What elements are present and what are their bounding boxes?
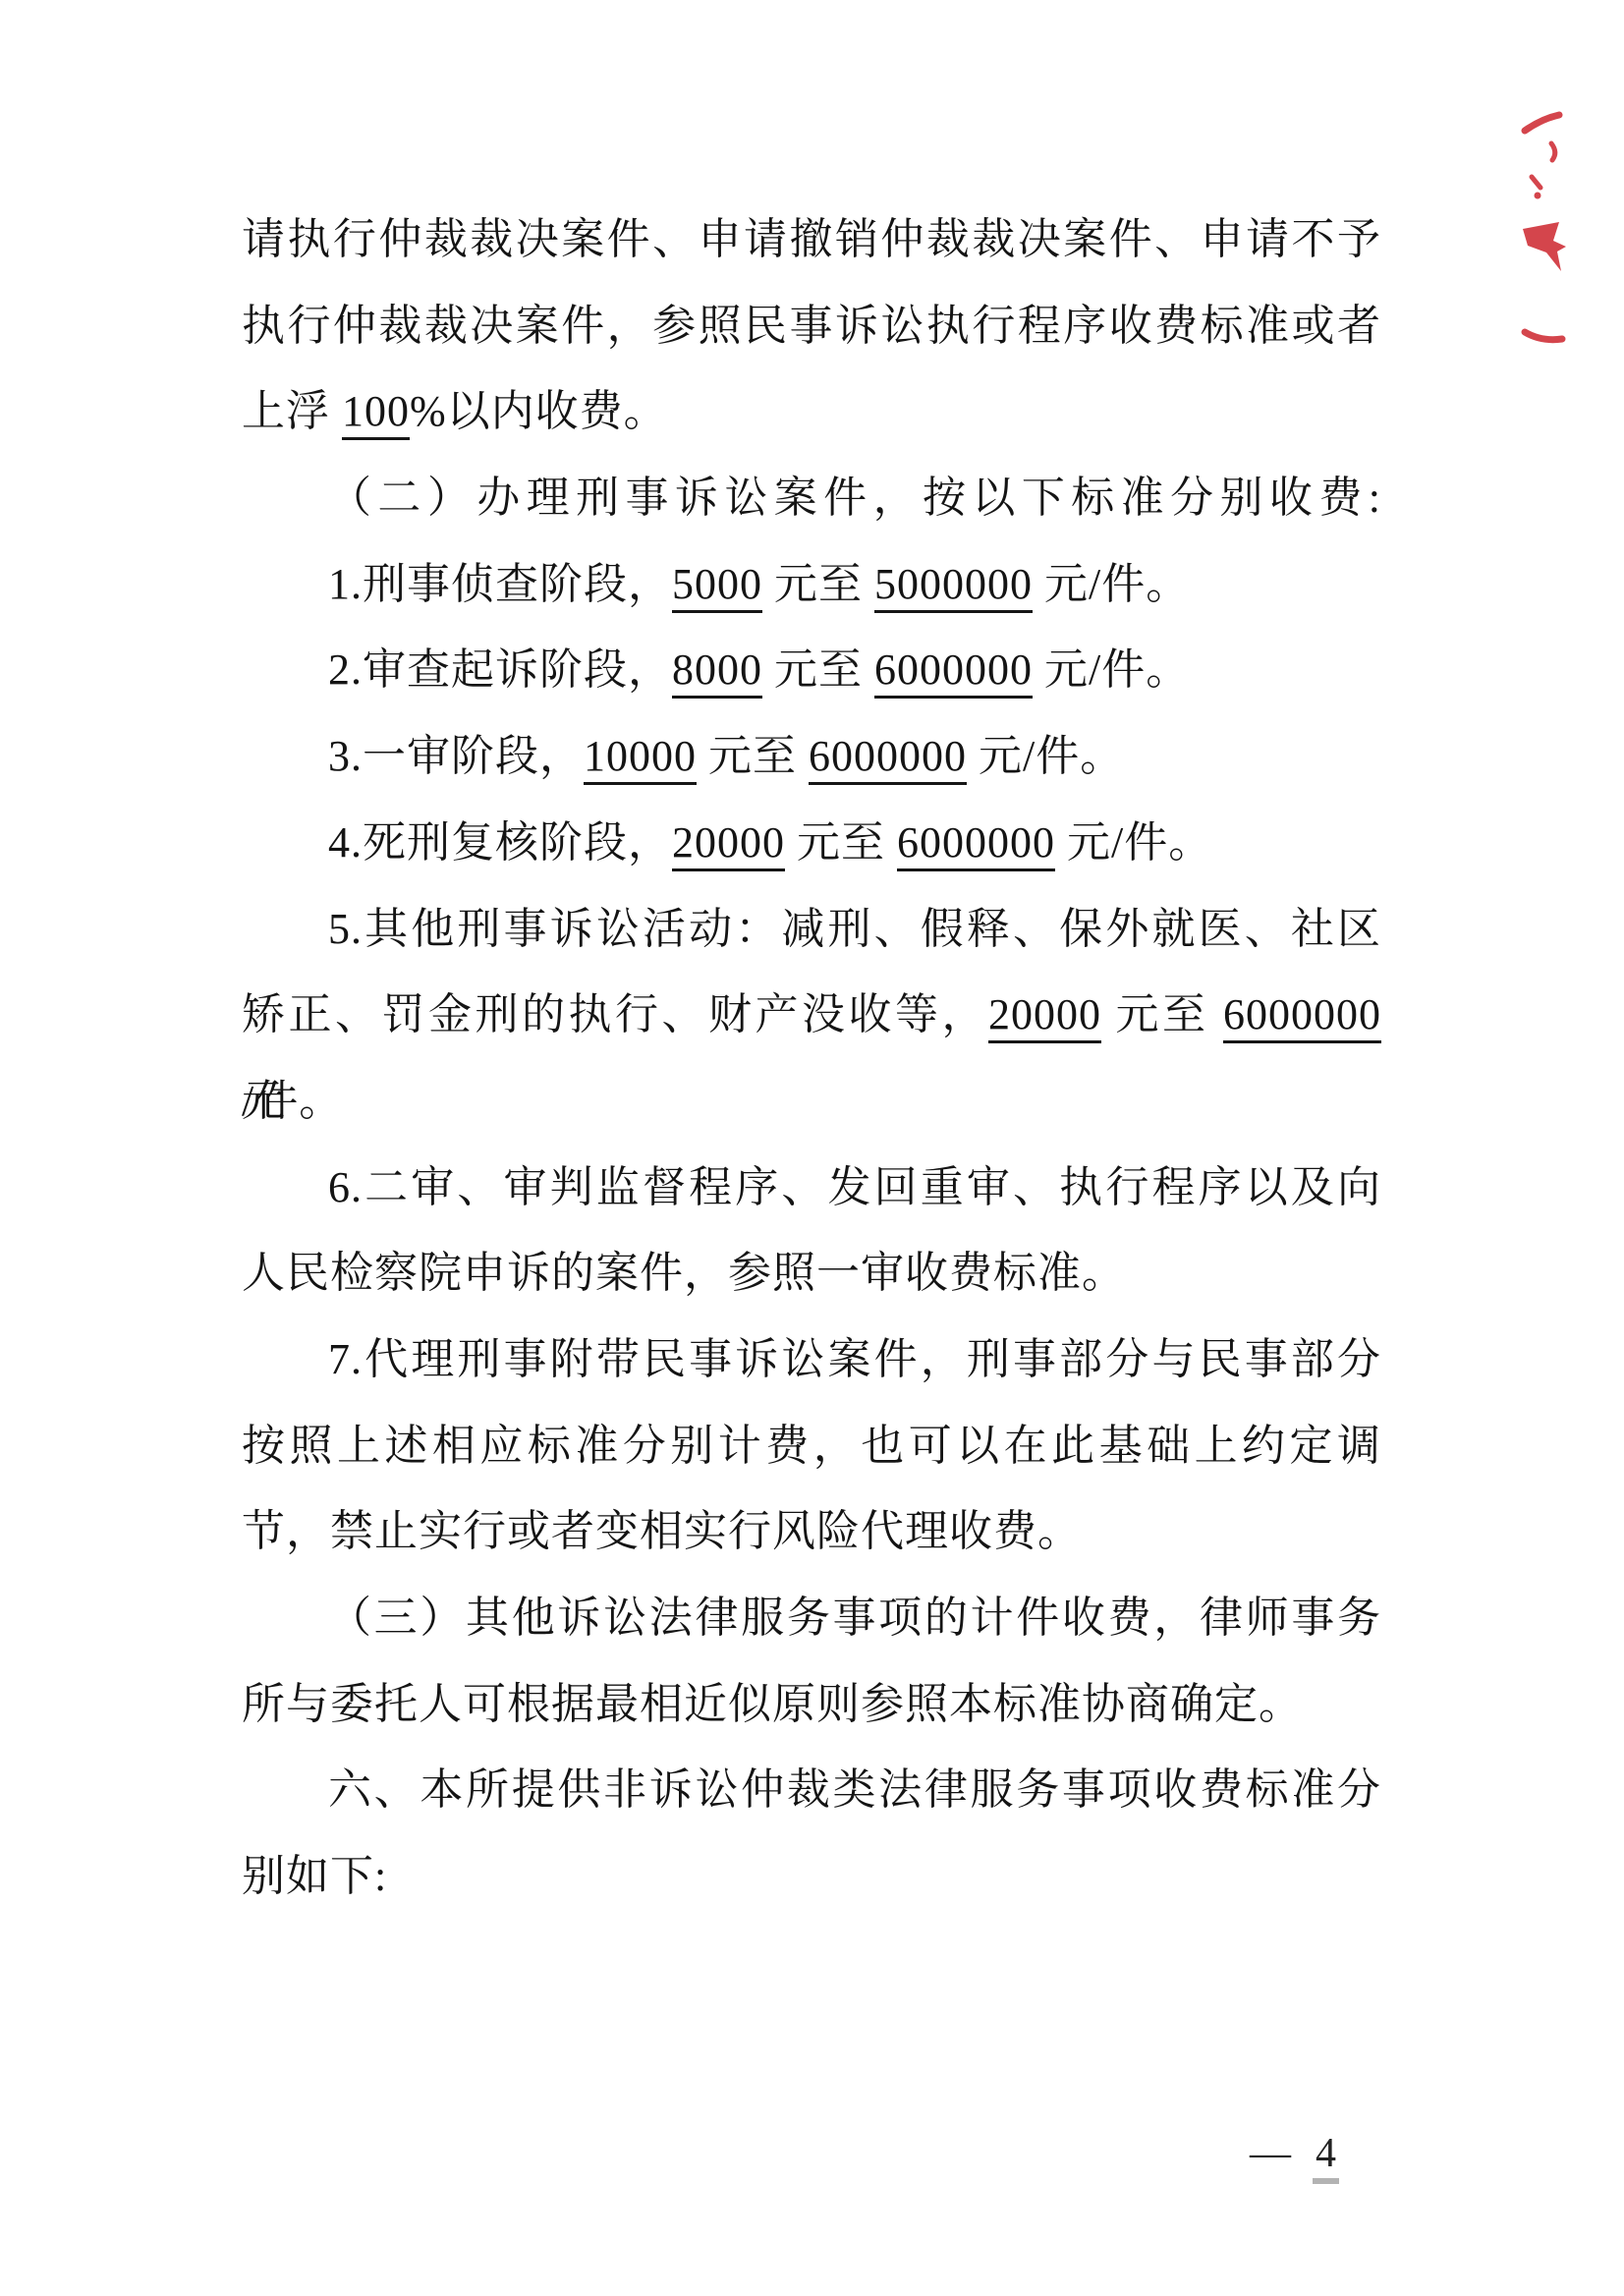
stamp-seal-fragment xyxy=(1514,98,1624,354)
text-segment: 1.刑事侦查阶段， xyxy=(328,560,672,608)
underlined-value: 6000000 xyxy=(897,818,1055,871)
text-line: 4.死刑复核阶段，20000 元至 6000000 元/件。 xyxy=(242,800,1381,886)
underlined-value: 5000 xyxy=(672,560,762,613)
text-line: 人民检察院申诉的案件，参照一审收费标准。 xyxy=(242,1230,1381,1316)
text-segment: 请执行仲裁裁决案件、申请撤销仲裁裁决案件、申请不予 xyxy=(242,215,1381,263)
text-line: 3.一审阶段，10000 元至 6000000 元/件。 xyxy=(242,713,1381,800)
text-line: 执行仲裁裁决案件，参照民事诉讼执行程序收费标准或者 xyxy=(242,283,1381,369)
text-segment: 人民检察院申诉的案件，参照一审收费标准。 xyxy=(242,1249,1126,1297)
text-line: 2.审查起诉阶段，8000 元至 6000000 元/件。 xyxy=(242,627,1381,713)
text-segment: 六、本所提供非诉讼仲裁类法律服务事项收费标准分 xyxy=(328,1765,1381,1814)
text-line: 所与委托人可根据最相近似原则参照本标准协商确定。 xyxy=(242,1661,1381,1748)
text-segment: 元至 xyxy=(762,645,874,694)
seal-ink-speck-1 xyxy=(1551,143,1555,160)
underlined-value: 8000 xyxy=(672,645,762,699)
seal-star-fragment xyxy=(1523,222,1566,271)
underlined-value: 20000 xyxy=(672,818,785,871)
text-segment: 2.审查起诉阶段， xyxy=(328,645,672,694)
text-segment: 元/件。 xyxy=(1055,818,1212,867)
text-segment: 7.代理刑事附带民事诉讼案件，刑事部分与民事部分 xyxy=(328,1335,1381,1383)
text-segment: 元至 xyxy=(762,560,874,608)
text-line: 请执行仲裁裁决案件、申请撤销仲裁裁决案件、申请不予 xyxy=(242,196,1381,283)
text-segment: 执行仲裁裁决案件，参照民事诉讼执行程序收费标准或者 xyxy=(242,302,1381,350)
text-line: 上浮 100%以内收费。 xyxy=(242,368,1381,455)
text-line: 节，禁止实行或者变相实行风险代理收费。 xyxy=(242,1488,1381,1575)
seal-rim-top-arc xyxy=(1525,115,1559,131)
text-line: 别如下: xyxy=(242,1833,1381,1920)
text-segment: 元/件。 xyxy=(967,732,1124,780)
text-line: 6.二审、审判监督程序、发回重审、执行程序以及向 xyxy=(242,1145,1381,1231)
text-line: 六、本所提供非诉讼仲裁类法律服务事项收费标准分 xyxy=(242,1747,1381,1833)
text-line: /件。 xyxy=(242,1058,1381,1145)
text-line: 1.刑事侦查阶段，5000 元至 5000000 元/件。 xyxy=(242,541,1381,628)
underlined-value: 10000 xyxy=(584,732,697,785)
underlined-value: 6000000 xyxy=(874,645,1033,699)
text-segment: 按照上述相应标准分别计费，也可以在此基础上约定调 xyxy=(242,1422,1381,1470)
text-segment: 元至 xyxy=(785,818,897,867)
text-line: 7.代理刑事附带民事诉讼案件，刑事部分与民事部分 xyxy=(242,1316,1381,1403)
underlined-value: 6000000 xyxy=(1223,990,1381,1043)
text-segment: 元/件。 xyxy=(1033,560,1190,608)
text-segment: 4.死刑复核阶段， xyxy=(328,818,672,867)
seal-ink-speck-3 xyxy=(1535,193,1541,199)
text-segment: 上浮 xyxy=(242,387,342,435)
text-segment: （二）办理刑事诉讼案件，按以下标准分别收费: xyxy=(328,474,1381,522)
text-segment: 元至 xyxy=(697,732,809,780)
underlined-value: 5000000 xyxy=(874,560,1033,613)
text-segment: 矫正、罚金刑的执行、财产没收等， xyxy=(242,990,988,1038)
seal-rim-bottom-arc xyxy=(1525,332,1562,340)
document-page: 请执行仲裁裁决案件、申请撤销仲裁裁决案件、申请不予执行仲裁裁决案件，参照民事诉讼… xyxy=(0,0,1624,2296)
underlined-value: 6000000 xyxy=(809,732,967,785)
page-number: — 4 xyxy=(1250,2130,1339,2184)
text-line: （二）办理刑事诉讼案件，按以下标准分别收费: xyxy=(242,455,1381,541)
text-segment: （三）其他诉讼法律服务事项的计件收费，律师事务 xyxy=(328,1594,1381,1642)
stamp-seal-svg xyxy=(1514,98,1624,354)
seal-ink-speck-2 xyxy=(1532,177,1540,188)
text-segment: /件。 xyxy=(242,1077,343,1125)
text-segment: 3.一审阶段， xyxy=(328,732,584,780)
page-number-value: 4 xyxy=(1313,2130,1339,2184)
text-segment: 别如下: xyxy=(242,1852,387,1900)
text-segment: %以内收费。 xyxy=(410,387,668,435)
text-line: 矫正、罚金刑的执行、财产没收等，20000 元至 6000000 元 xyxy=(242,972,1381,1058)
document-body: 请执行仲裁裁决案件、申请撤销仲裁裁决案件、申请不予执行仲裁裁决案件，参照民事诉讼… xyxy=(242,196,1381,1920)
text-segment: 元至 xyxy=(1101,990,1223,1038)
text-segment: 5.其他刑事诉讼活动：减刑、假释、保外就医、社区 xyxy=(328,905,1381,953)
text-line: 按照上述相应标准分别计费，也可以在此基础上约定调 xyxy=(242,1403,1381,1489)
text-segment: 元/件。 xyxy=(1033,645,1190,694)
text-segment: 节，禁止实行或者变相实行风险代理收费。 xyxy=(242,1507,1082,1555)
underlined-value: 100 xyxy=(342,387,410,440)
text-line: （三）其他诉讼法律服务事项的计件收费，律师事务 xyxy=(242,1575,1381,1661)
text-line: 5.其他刑事诉讼活动：减刑、假释、保外就医、社区 xyxy=(242,886,1381,973)
text-segment: 6.二审、审判监督程序、发回重审、执行程序以及向 xyxy=(328,1163,1381,1211)
underlined-value: 20000 xyxy=(988,990,1101,1043)
text-segment: 所与委托人可根据最相近似原则参照本标准协商确定。 xyxy=(242,1680,1303,1728)
page-number-dash: — xyxy=(1250,2130,1291,2177)
